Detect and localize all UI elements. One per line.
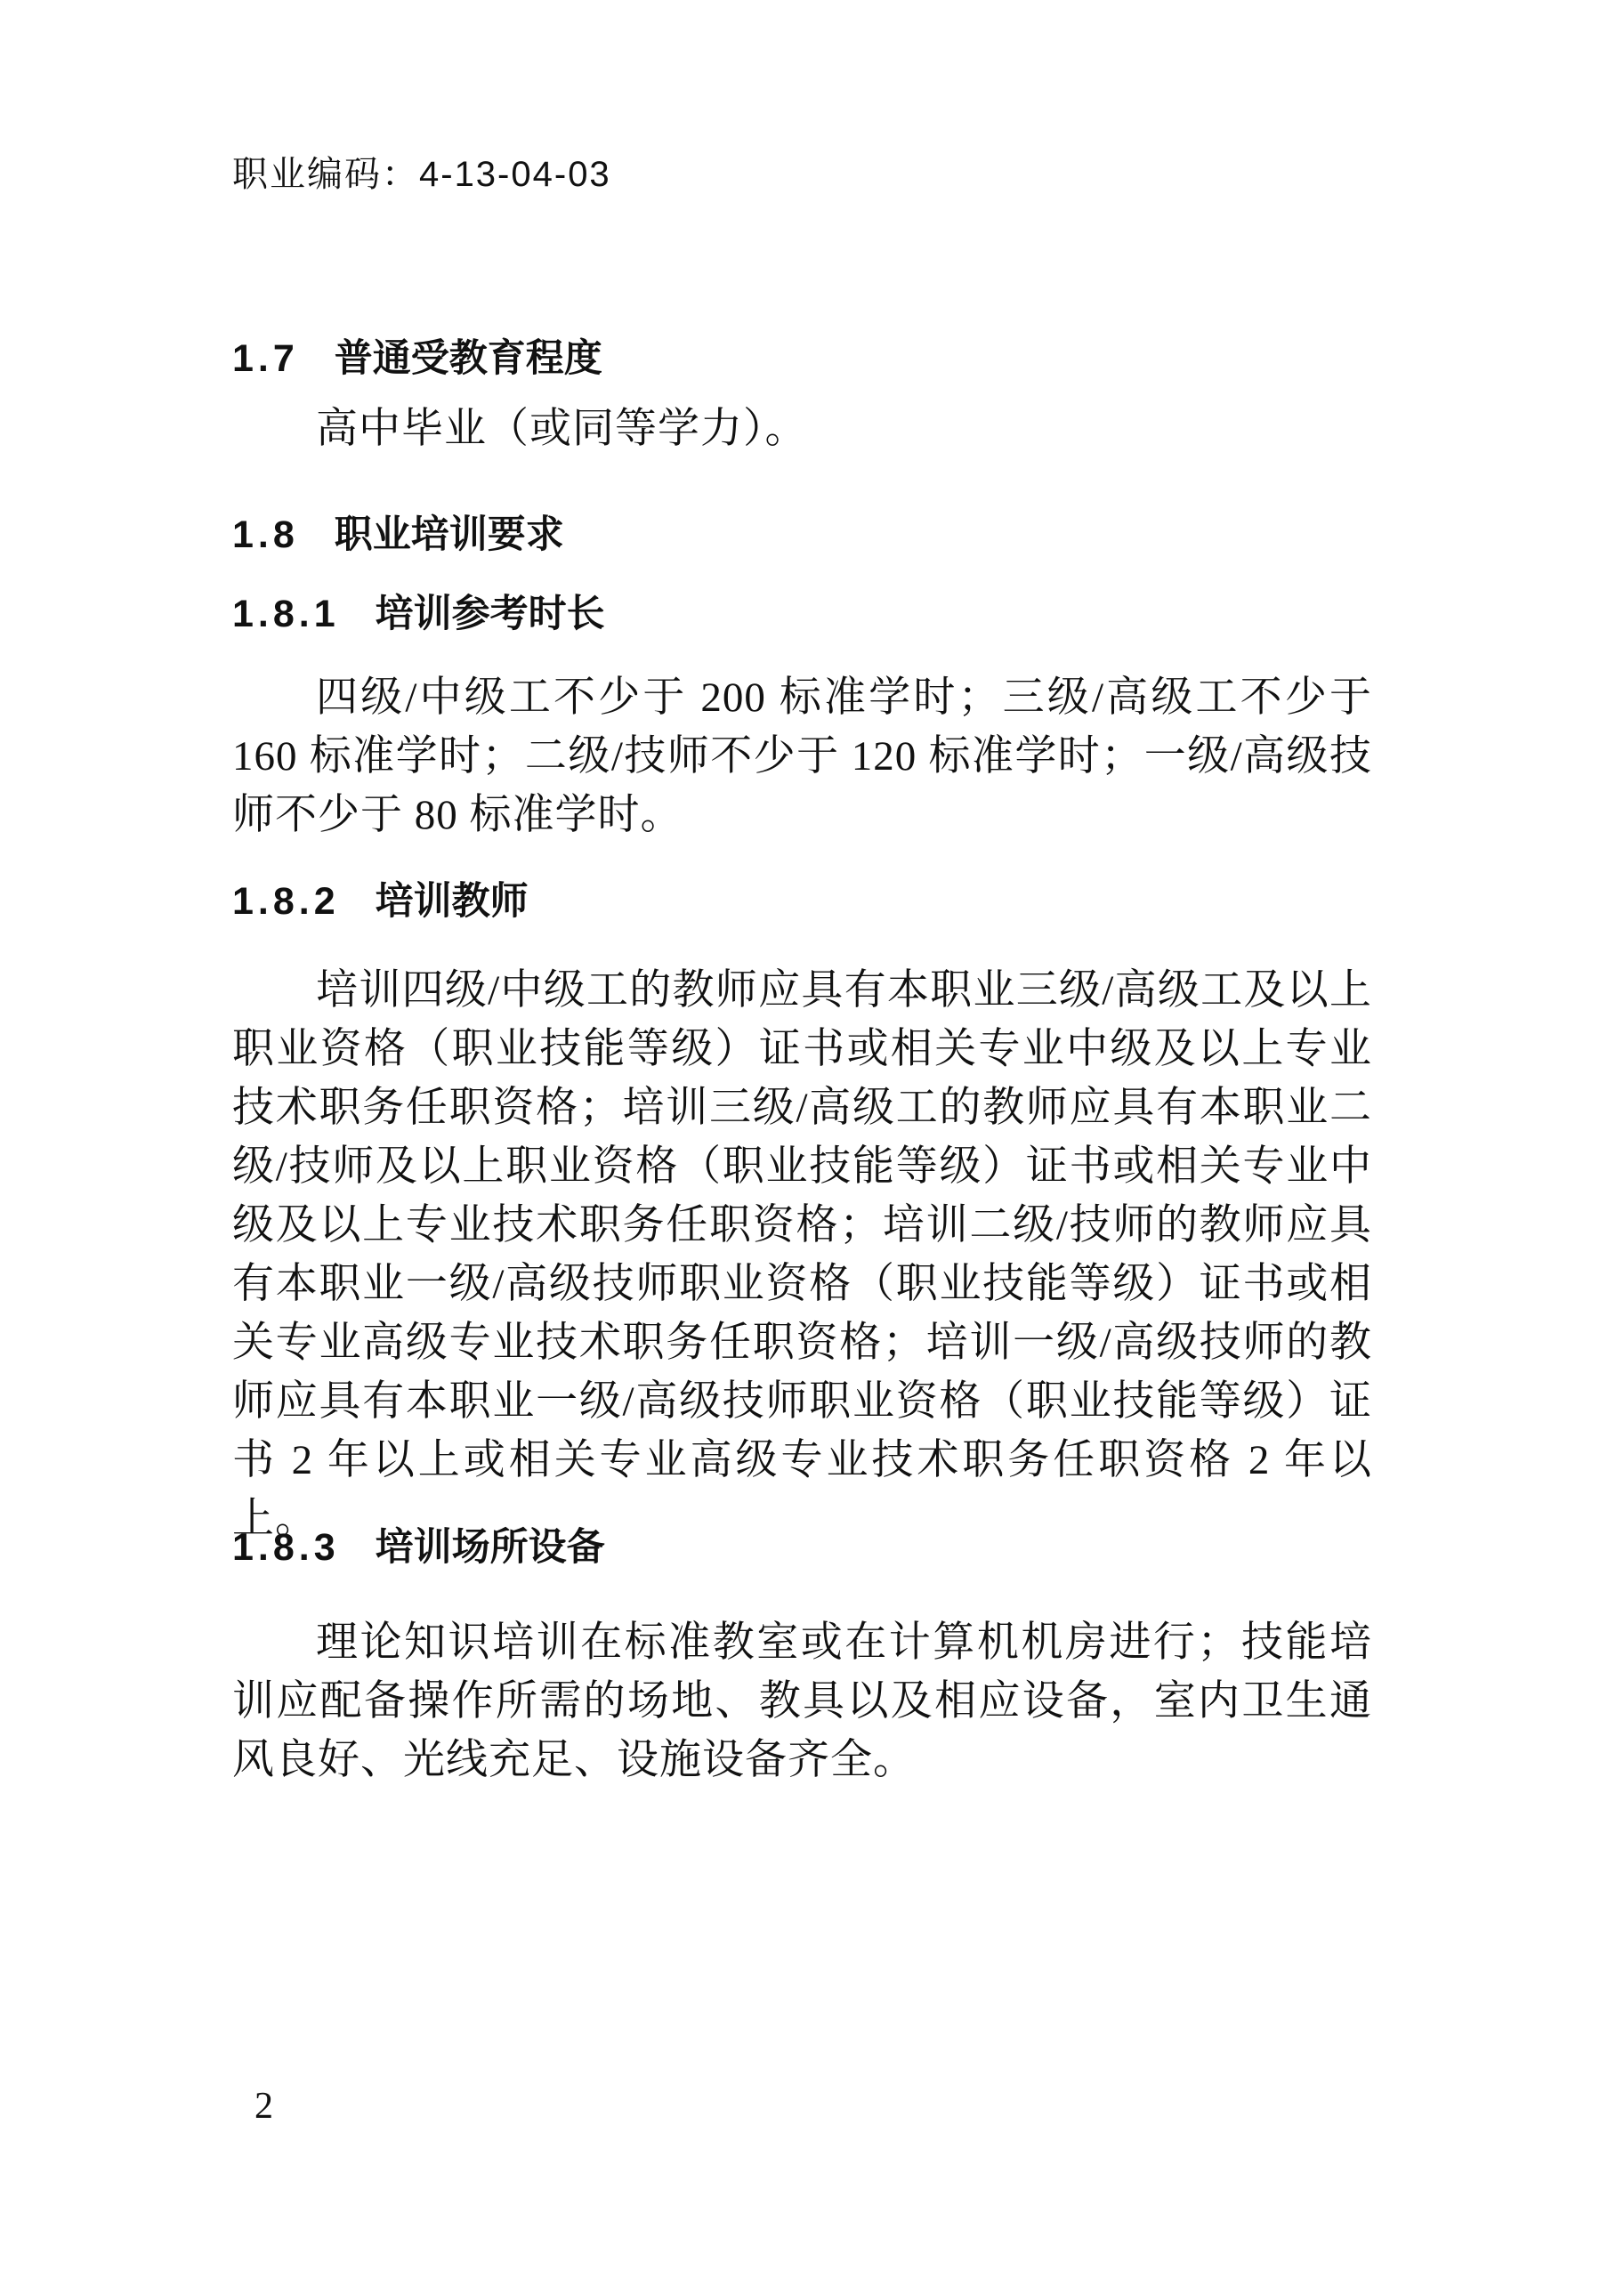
occupation-code-header: 职业编码：4-13-04-03 bbox=[232, 153, 611, 196]
page-number: 2 bbox=[255, 2084, 273, 2129]
section-heading-1-8-3: 1.8.3培训场所设备 bbox=[232, 1523, 1372, 1571]
section-title: 职业培训要求 bbox=[335, 513, 564, 556]
section-paragraph-1-8-3: 理论知识培训在标准教室或在计算机机房进行；技能培训应配备操作所需的场地、教具以及… bbox=[232, 1613, 1372, 1789]
section-heading-1-8: 1.8职业培训要求 bbox=[232, 511, 1372, 559]
section-number: 1.7 bbox=[232, 335, 299, 383]
document-page: 职业编码：4-13-04-03 1.7普通受教育程度 高中毕业（或同等学力）。 … bbox=[0, 0, 1624, 2278]
section-heading-1-8-1: 1.8.1培训参考时长 bbox=[232, 590, 1372, 638]
section-number: 1.8.2 bbox=[232, 877, 340, 925]
section-heading-1-8-2: 1.8.2培训教师 bbox=[232, 877, 1372, 925]
section-paragraph-1-7: 高中毕业（或同等学力）。 bbox=[232, 400, 1372, 458]
section-heading-1-7: 1.7普通受教育程度 bbox=[232, 335, 1372, 383]
section-paragraph-1-8-1: 四级/中级工不少于 200 标准学时；三级/高级工不少于 160 标准学时；二级… bbox=[232, 668, 1372, 844]
section-title: 培训参考时长 bbox=[376, 593, 605, 635]
section-paragraph-1-8-2: 培训四级/中级工的教师应具有本职业三级/高级工及以上职业资格（职业技能等级）证书… bbox=[232, 961, 1372, 1548]
section-number: 1.8.1 bbox=[232, 590, 340, 638]
section-title: 培训场所设备 bbox=[376, 1526, 605, 1569]
section-number: 1.8.3 bbox=[232, 1523, 340, 1571]
section-title: 普通受教育程度 bbox=[335, 337, 602, 380]
section-title: 培训教师 bbox=[376, 880, 529, 923]
section-number: 1.8 bbox=[232, 511, 299, 559]
